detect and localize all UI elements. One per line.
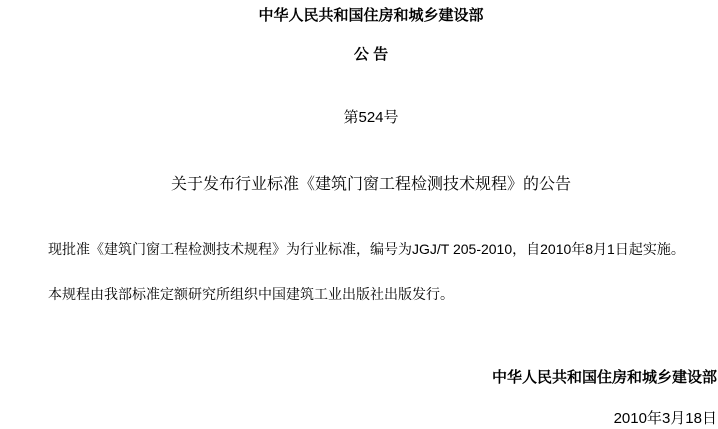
ministry-header: 中华人民共和国住房和城乡建设部: [24, 7, 718, 25]
document-number: 第524号: [24, 109, 718, 127]
signature-date: 2010年3月18日: [614, 410, 717, 428]
body-paragraph: 现批准《建筑门窗工程检测技术规程》为行业标准，编号为JGJ/T 205-2010…: [48, 241, 685, 258]
body-paragraph: 本规程由我部标准定额研究所组织中国建筑工业出版社出版发行。: [48, 286, 454, 303]
announcement-type-heading: 公 告: [24, 46, 718, 64]
signature-ministry: 中华人民共和国住房和城乡建设部: [492, 369, 717, 387]
announcement-document-page: 中华人民共和国住房和城乡建设部 公 告 第524号 关于发布行业标准《建筑门窗工…: [0, 0, 718, 429]
announcement-title: 关于发布行业标准《建筑门窗工程检测技术规程》的公告: [24, 175, 718, 194]
